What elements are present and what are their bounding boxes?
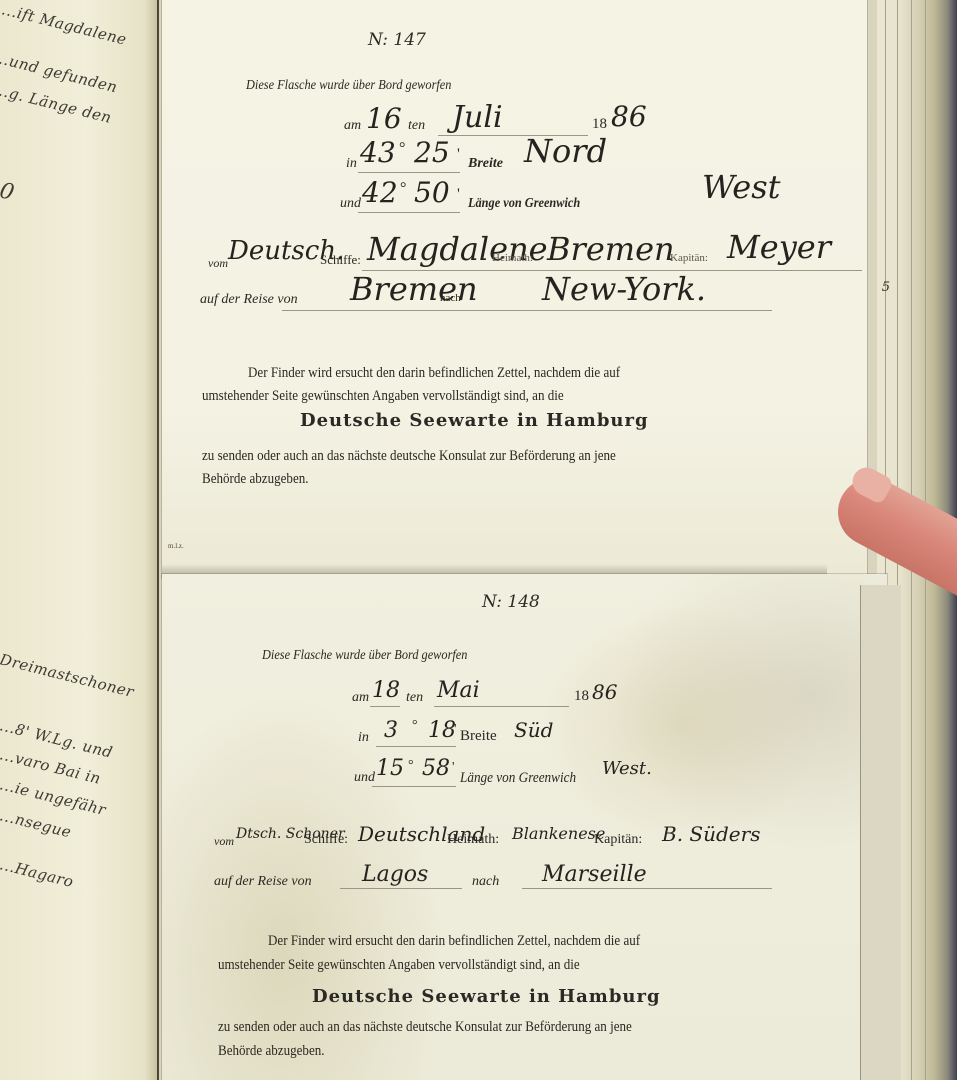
voyage-from: Lagos xyxy=(362,862,428,887)
captain-label: Kapitän: xyxy=(670,252,708,264)
ship-prefix: vom xyxy=(208,256,228,271)
ship-label: Schiffe: xyxy=(304,832,348,848)
left-handwriting-line: 0 xyxy=(0,178,17,206)
voyage-to-label: nach xyxy=(472,874,499,890)
thrown-overboard-label: Diese Flasche wurde über Bord geworfen xyxy=(246,78,451,94)
degree-symbol: ° xyxy=(408,758,414,774)
printer-mark: m.l.z. xyxy=(168,542,184,550)
voyage-label: auf der Reise von xyxy=(200,292,298,308)
minute-symbol: ' xyxy=(457,146,460,164)
home-port-label: Heimath: xyxy=(492,252,533,264)
latitude-label: Breite xyxy=(460,728,497,745)
date-prefix: am xyxy=(344,118,361,134)
instructions-line: umstehender Seite gewünschten Angaben ve… xyxy=(218,958,580,973)
latitude-degrees: 43 xyxy=(360,136,396,169)
date-year-printed: 18 xyxy=(592,116,607,133)
left-handwriting-line: ...ift Magdalene xyxy=(0,0,128,48)
instructions-line: zu senden oder auch an das nächste deuts… xyxy=(218,1020,632,1035)
date-prefix: am xyxy=(352,690,369,706)
date-day-suffix: ten xyxy=(408,118,425,134)
degree-symbol: ° xyxy=(412,718,418,734)
instructions-line: Behörde abzugeben. xyxy=(202,472,309,487)
longitude-minutes: 50 xyxy=(414,176,450,209)
latitude-prefix: in xyxy=(346,156,357,172)
degree-symbol: ° xyxy=(399,140,405,158)
instructions-line: Der Finder wird ersucht den darin befind… xyxy=(268,934,640,949)
longitude-hemisphere: West xyxy=(702,168,781,206)
form-number: N: 148 xyxy=(482,592,540,612)
captain-label: Kapitän: xyxy=(594,832,642,848)
longitude-label: Länge von Greenwich xyxy=(460,770,576,787)
date-year-handwritten: 86 xyxy=(592,680,617,704)
date-month: Juli xyxy=(452,100,503,135)
date-day-suffix: ten xyxy=(406,690,423,706)
longitude-degrees: 15 xyxy=(376,756,404,781)
latitude-label: Breite xyxy=(468,156,503,172)
minute-symbol: ' xyxy=(454,722,457,738)
voyage-to-label: nach xyxy=(440,292,461,304)
home-port: Bremen xyxy=(547,230,675,268)
instructions-line: Der Finder wird ersucht den darin befind… xyxy=(248,366,620,381)
home-port: Blankenese xyxy=(512,824,605,843)
voyage-to: New-York. xyxy=(542,270,706,308)
home-port-label: Heimath: xyxy=(447,832,499,848)
captain-name: Meyer xyxy=(727,228,831,266)
longitude-prefix: und xyxy=(354,770,375,786)
latitude-prefix: in xyxy=(358,730,369,746)
form-number: N: 147 xyxy=(368,30,426,50)
instructions-line: Behörde abzugeben. xyxy=(218,1044,325,1059)
ship-label: Schiffe: xyxy=(320,252,361,268)
minute-symbol: ' xyxy=(457,186,460,204)
longitude-degrees: 42 xyxy=(362,176,398,209)
date-day: 18 xyxy=(372,678,400,703)
latitude-minutes: 25 xyxy=(414,136,450,169)
left-handwriting-line: Dreimastschoner xyxy=(0,650,136,701)
date-year-printed: 18 xyxy=(574,688,589,705)
date-month: Mai xyxy=(437,678,480,703)
message-form-147: N: 147 Diese Flasche wurde über Bord gew… xyxy=(162,0,867,578)
message-form-148: N: 148 Diese Flasche wurde über Bord gew… xyxy=(162,574,887,1080)
voyage-to: Marseille xyxy=(542,862,647,887)
instructions-line: umstehender Seite gewünschten Angaben ve… xyxy=(202,389,564,404)
latitude-hemisphere: Nord xyxy=(524,132,607,170)
date-year-handwritten: 86 xyxy=(611,100,647,133)
ship-prefix: vom xyxy=(214,834,234,849)
longitude-minutes: 58 xyxy=(422,756,450,781)
left-handwriting-line: ...Hagaro xyxy=(0,855,76,891)
latitude-hemisphere: Süd xyxy=(514,718,553,742)
longitude-prefix: und xyxy=(340,196,361,212)
left-ledger-page: ...ift Magdalene ...und gefunden ...g. L… xyxy=(0,0,159,1080)
longitude-hemisphere: West. xyxy=(602,758,652,779)
minute-symbol: ' xyxy=(452,760,455,776)
voyage-label: auf der Reise von xyxy=(214,874,312,890)
degree-symbol: ° xyxy=(400,180,406,198)
longitude-label: Länge von Greenwich xyxy=(468,196,580,212)
instructions-line: zu senden oder auch an das nächste deuts… xyxy=(202,449,616,464)
latitude-degrees: 3 xyxy=(384,718,398,743)
recipient-headline: Deutsche Seewarte in Hamburg xyxy=(300,410,649,431)
recipient-headline: Deutsche Seewarte in Hamburg xyxy=(312,986,661,1007)
date-day: 16 xyxy=(366,102,402,135)
thrown-overboard-label: Diese Flasche wurde über Bord geworfen xyxy=(262,648,467,664)
captain-name: B. Süders xyxy=(662,822,760,846)
left-handwriting-line: ...nsegue xyxy=(0,806,73,841)
sheet-edge xyxy=(860,585,901,1080)
latitude-minutes: 18 xyxy=(428,718,456,743)
page-number: 5 xyxy=(882,280,890,295)
